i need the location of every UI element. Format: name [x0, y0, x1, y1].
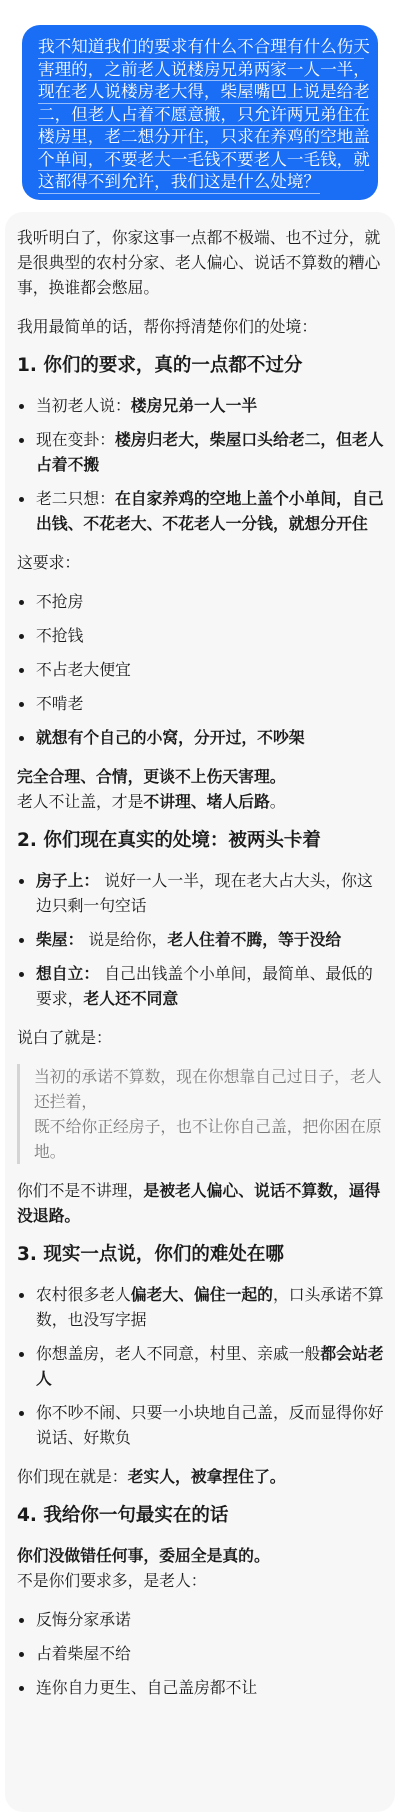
section-heading-3: 3. 现实一点说，你们的难处在哪: [17, 1242, 385, 1268]
list-item: 老二只想：在自家养鸡的空地上盖个小单间，自己出钱、不花老大、不花老人一分钱，就想…: [12, 486, 385, 536]
lead-text: 说白了就是：: [17, 1025, 385, 1050]
item-bold: 偏老大、偏住一起的: [131, 1285, 273, 1304]
list-item: 不抢房: [12, 589, 385, 614]
item-text: 农村很多老人: [36, 1285, 131, 1304]
demands-list: 不抢房 不抢钱 不占老大便宜 不啃老 就想有个自己的小窝，分开过，不吵架: [12, 589, 385, 750]
item-bold: 房子上：: [36, 871, 99, 890]
list-item: 当初老人说：楼房兄弟一人一半: [12, 393, 385, 418]
advice-paragraph: 你们没做错任何事，委屈全是真的。不是你们要求多，是老人：: [17, 1543, 385, 1593]
intro-paragraph-2: 我用最简单的话，帮你捋清楚你们的处境：: [17, 314, 385, 339]
section-heading-4: 4. 我给你一句最实在的话: [17, 1503, 385, 1529]
conclusion-text: 。: [270, 792, 286, 811]
item-bold: 老人还不同意: [83, 989, 178, 1008]
summary-paragraph: 你们现在就是：老实人，被拿捏住了。: [17, 1464, 385, 1489]
conclusion-paragraph: 完全合理、合情，更谈不上伤天害理。老人不让盖，才是不讲理、堵人后路。: [17, 764, 385, 814]
assistant-message-bubble: 我听明白了，你家这事一点都不极端、也不过分，就是很典型的农村分家、老人偏心、说话…: [5, 212, 395, 1784]
list-item: 占着柴屋不给: [12, 1641, 385, 1666]
situation-list: 房子上： 说好一人一半，现在老大占大头，你这边只剩一句空话 柴屋： 说是给你，老…: [12, 868, 385, 1011]
advice-bold: 你们没做错任何事，委屈全是真的。: [17, 1546, 270, 1565]
section-heading-1: 1. 你们的要求，真的一点都不过分: [17, 353, 385, 379]
user-message-line: 我不知道我们的要求有什么不合理有什么伤天: [38, 36, 364, 59]
item-text: 你想盖房，老人不同意，村里、亲戚一般: [36, 1344, 320, 1363]
lead-text: 这要求：: [17, 550, 385, 575]
difficulties-list: 农村很多老人偏老大、偏住一起的，口头承诺不算数，也没写字据 你想盖房，老人不同意…: [12, 1282, 385, 1450]
conclusion-bold: 完全合理、合情，更谈不上伤天害理。: [17, 767, 286, 786]
conclusion-text: 老人不让盖，才是: [17, 792, 143, 811]
user-message-line: 二，但老人占着不愿意搬，只允许两兄弟住在: [38, 104, 364, 127]
user-message-line: 害理的，之前老人说楼房兄弟两家一人一半，: [38, 59, 364, 82]
list-item: 你不吵不闹、只要一小块地自己盖，反而显得你好说话、好欺负: [12, 1400, 385, 1450]
blockquote: 当初的承诺不算数，现在你想靠自己过日子，老人还拦着， 既不给你正经房子，也不让你…: [17, 1064, 385, 1164]
summary-bold: 老实人，被拿捏住了。: [128, 1467, 286, 1486]
user-message-line: 楼房里，老二想分开住，只求在养鸡的空地盖: [38, 126, 364, 149]
intro-paragraph: 我听明白了，你家这事一点都不极端、也不过分，就是很典型的农村分家、老人偏心、说话…: [17, 225, 385, 300]
list-item: 现在变卦：楼房归老大，柴屋口头给老二，但老人占着不搬: [12, 427, 385, 477]
elder-actions-list: 反悔分家承诺 占着柴屋不给 连你自力更生、自己盖房都不让: [12, 1607, 385, 1700]
list-item: 连你自力更生、自己盖房都不让: [12, 1675, 385, 1700]
item-label: 当初老人说：: [36, 396, 131, 415]
item-bold: 楼房兄弟一人一半: [131, 396, 257, 415]
section-heading-2: 2. 你们现在真实的处境：被两头卡着: [17, 828, 385, 854]
list-item: 不占老大便宜: [12, 657, 385, 682]
list-item: 反悔分家承诺: [12, 1607, 385, 1632]
summary-text: 你们现在就是：: [17, 1467, 128, 1486]
requirements-list: 当初老人说：楼房兄弟一人一半 现在变卦：楼房归老大，柴屋口头给老二，但老人占着不…: [12, 393, 385, 536]
list-item: 你想盖房，老人不同意，村里、亲戚一般都会站老人: [12, 1341, 385, 1391]
quote-text: 既不给你正经房子，也不让你自己盖，把你困在原地。: [34, 1117, 382, 1161]
item-bold: 就想有个自己的小窝，分开过，不吵架: [36, 728, 305, 747]
list-item: 想自立： 自己出钱盖个小单间，最简单、最低的要求，老人还不同意: [12, 961, 385, 1011]
item-label: 老二只想：: [36, 489, 115, 508]
list-item: 不抢钱: [12, 623, 385, 648]
advice-text: 不是你们要求多，是老人：: [17, 1571, 207, 1590]
summary-text: 你们不是不讲理，: [17, 1181, 143, 1200]
item-bold: 想自立：: [36, 964, 99, 983]
conclusion-bold: 不讲理、堵人后路: [143, 792, 269, 811]
item-bold: 柴屋：: [36, 930, 83, 949]
list-item: 柴屋： 说是给你，老人住着不腾，等于没给: [12, 927, 385, 952]
list-item: 房子上： 说好一人一半，现在老大占大头，你这边只剩一句空话: [12, 868, 385, 918]
user-message-line: 个单间，不要老大一毛钱不要老人一毛钱，就: [38, 149, 364, 172]
user-message-line: 这都得不到允许，我们这是什么处境？: [38, 171, 320, 194]
user-message-line: 现在老人说楼房老大得，柴屋嘴巴上说是给老: [38, 81, 364, 104]
list-item: 农村很多老人偏老大、偏住一起的，口头承诺不算数，也没写字据: [12, 1282, 385, 1332]
item-bold: 老人住着不腾，等于没给: [167, 930, 341, 949]
list-item: 不啃老: [12, 691, 385, 716]
list-item: 就想有个自己的小窝，分开过，不吵架: [12, 725, 385, 750]
user-message-bubble[interactable]: 我不知道我们的要求有什么不合理有什么伤天 害理的，之前老人说楼房兄弟两家一人一半…: [22, 25, 378, 200]
item-text: 说是给你，: [83, 930, 167, 949]
quote-text: 当初的承诺不算数，现在你想靠自己过日子，老人还拦着，: [34, 1067, 382, 1111]
summary-paragraph: 你们不是不讲理，是被老人偏心、说话不算数，逼得没退路。: [17, 1178, 385, 1228]
item-label: 现在变卦：: [36, 430, 115, 449]
